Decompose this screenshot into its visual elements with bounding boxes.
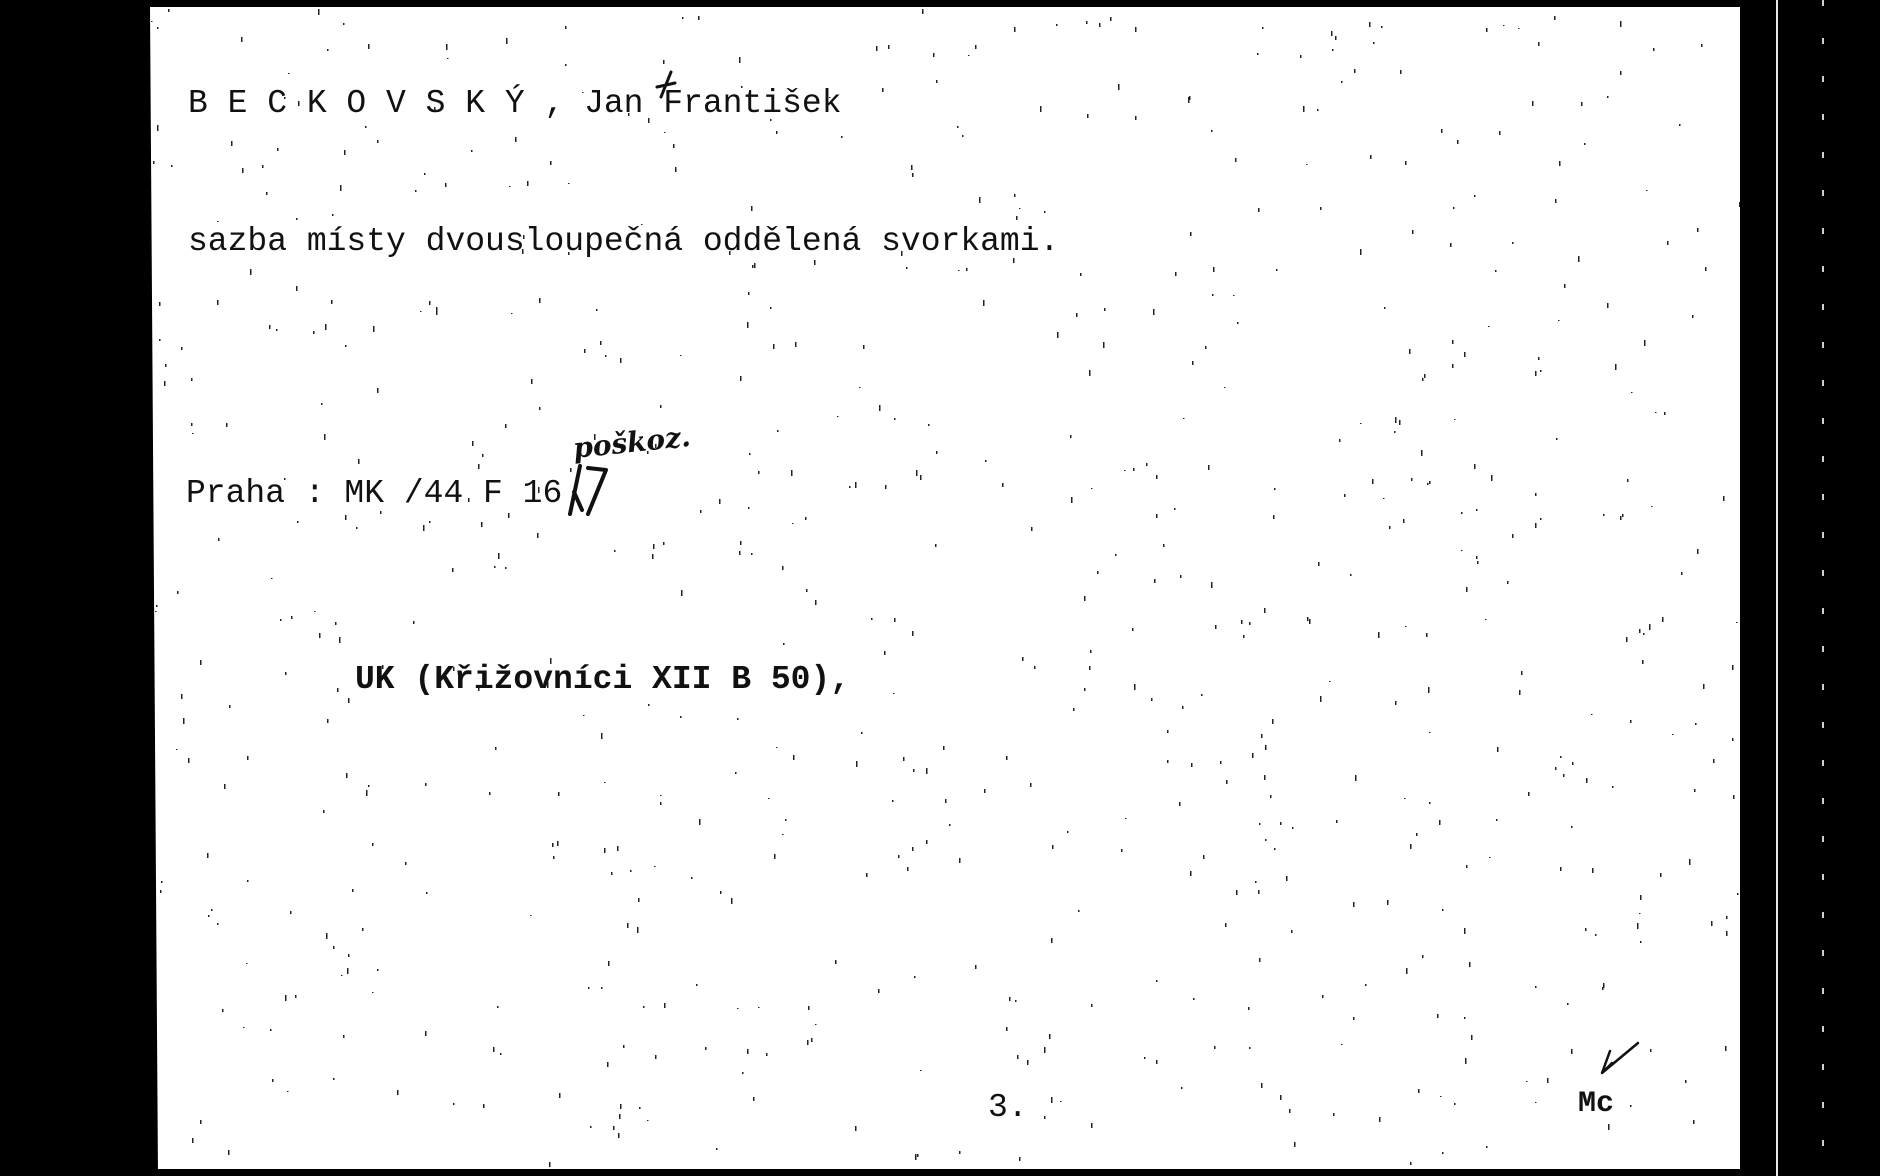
card-heading: B E C K O V S K Ý , Jan František — [188, 87, 842, 120]
card-imprint: Praha : MK /44 F 16 — [186, 477, 562, 510]
handwritten-note: poškoz. — [572, 420, 693, 465]
handwritten-strokes — [566, 462, 616, 518]
cataloger-initials: Mc — [1578, 1089, 1614, 1119]
check-mark-icon — [1598, 1037, 1642, 1081]
scan-edge-line — [1776, 0, 1778, 1176]
scan-dashed-line — [1822, 0, 1824, 1176]
catalog-card: B E C K O V S K Ý , Jan František sazba … — [150, 7, 1740, 1169]
card-note: sazba místy dvousloupečná oddělená svork… — [188, 225, 1059, 258]
scan-noise — [150, 7, 1740, 1169]
card-holding: UK (Křižovníci XII B 50), — [355, 663, 850, 696]
page-number: 3. — [988, 1091, 1028, 1124]
handwritten-accent-mark — [655, 69, 677, 99]
